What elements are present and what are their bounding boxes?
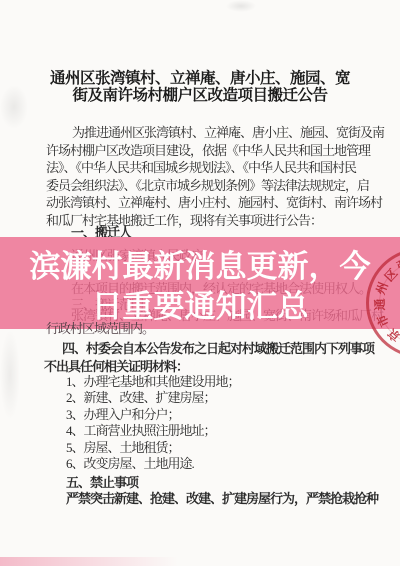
list-item: 5、房屋、土地租赁； bbox=[66, 440, 240, 456]
intro-line: 法》、《中华人民共和国城乡规划法》、《中华人民共和国村民 bbox=[46, 159, 356, 177]
photo-smudge bbox=[226, 0, 256, 12]
section-4-heading-line1: 四、村委会自本公告发布之日起对村域搬迁范围内下列事项 bbox=[62, 341, 374, 356]
document-line: 行政村区域范围内。 bbox=[46, 321, 154, 336]
intro-line: 动张湾镇村、立禅庵村、唐小庄村、施园村、宽街村、南许场村 bbox=[46, 194, 356, 212]
notice-title: 通州区张湾镇村、立禅庵、唐小庄、施园、宽 街及南许场村棚户区改造项目搬迁公告 bbox=[46, 70, 354, 104]
photo-smudge bbox=[0, 85, 28, 129]
intro-line: 委员会组织法》、《北京市城乡规划条例》等法律法规规定，启 bbox=[46, 177, 356, 195]
section-5-text: 严禁突击新建、抢建、改建、扩建房屋行为，严禁抢栽抢种 bbox=[66, 491, 378, 506]
banner-headline-line2: 日重要通知汇总 bbox=[0, 290, 400, 324]
list-item: 4、工商营业执照注册地址； bbox=[66, 423, 240, 439]
notice-document-photo: 通州区张湾镇村、立禅庵、唐小庄、施园、宽 街及南许场村棚户区改造项目搬迁公告 为… bbox=[0, 0, 400, 566]
photo-pink-streak bbox=[0, 557, 178, 566]
intro-line: 为推进通州区张湾镇村、立禅庵、唐小庄、施园、宽街及南 bbox=[46, 124, 356, 142]
section-5-heading: 五、禁止事项 bbox=[66, 475, 138, 490]
banner-headline-line1: 滨濂村最新消息更新，今 bbox=[0, 250, 400, 284]
prohibited-certificates-list: 1、办理宅基地和其他建设用地；2、新建、改建、扩建房屋；3、办理入户和分户；4、… bbox=[66, 374, 240, 472]
list-item: 3、办理入户和分户； bbox=[66, 407, 240, 423]
notice-title-line2: 街及南许场村棚户区改造项目搬迁公告 bbox=[46, 87, 354, 104]
list-item: 2、新建、改建、扩建房屋； bbox=[66, 390, 240, 406]
intro-paragraph: 为推进通州区张湾镇村、立禅庵、唐小庄、施园、宽街及南许场村棚户区改造项目建设，依… bbox=[46, 124, 356, 230]
list-item: 6、改变房屋、土地用途. bbox=[66, 456, 240, 472]
list-item: 1、办理宅基地和其他建设用地； bbox=[66, 374, 240, 390]
intro-line: 许场村棚户区改造项目建设，依据《中华人民共和国土地管理 bbox=[46, 142, 356, 160]
notice-title-line1: 通州区张湾镇村、立禅庵、唐小庄、施园、宽 bbox=[46, 70, 354, 87]
photo-smudge bbox=[0, 330, 20, 420]
section-4-heading-line2: 不出具任何相关证明材料： bbox=[44, 359, 188, 374]
